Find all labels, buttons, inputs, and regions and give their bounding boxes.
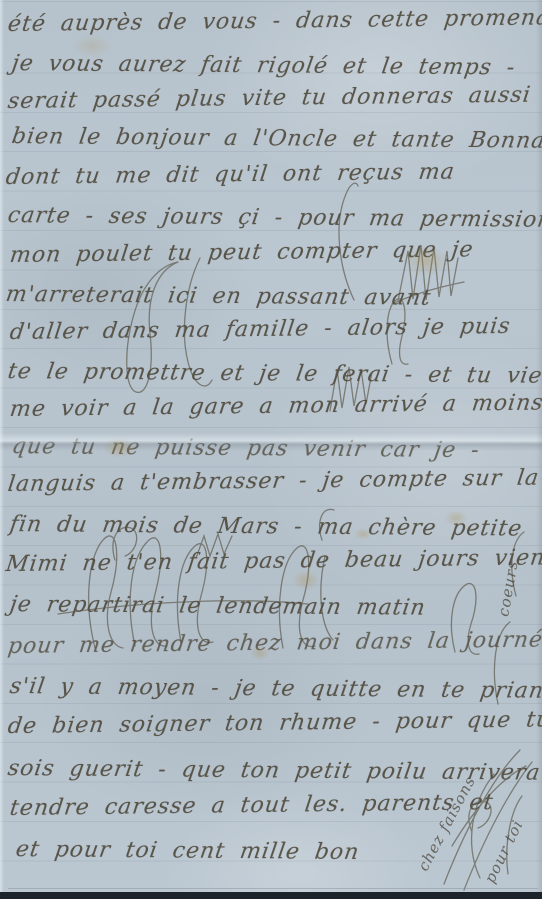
letter-line: été auprès de vous - dans cette promenad… — [6, 5, 542, 37]
letter-line: pour me rendre chez moi dans la journée — [6, 627, 542, 659]
letter-line: d'aller dans ma famille - alors je puis — [8, 314, 512, 345]
letter-line: je repartirai le lendemain matin — [8, 592, 427, 621]
scan-edge-left — [0, 0, 4, 899]
letter-line: s'il y a moyen - je te quitte en te pria… — [8, 674, 542, 704]
letter-line: que tu ne puisse pas venir car je - — [10, 434, 481, 463]
letter-line: de bien soigner ton rhume - pour que tu — [6, 707, 542, 739]
letter-line: fin du mois de Mars - ma chère petite — [8, 512, 524, 541]
letter-scan-page: été auprès de vous - dans cette promenad… — [0, 0, 542, 899]
letter-line: bien le bonjour a l'Oncle et tante Bonna… — [10, 124, 542, 154]
letter-line: languis a t'embrasser - je compte sur la — [6, 466, 540, 497]
paper-bottom-rule — [8, 888, 538, 889]
letter-line: te le promettre et je le ferai - et tu v… — [6, 359, 542, 389]
letter-line: dont tu me dit qu'il ont reçus ma — [4, 160, 456, 190]
scan-edge-bottom — [0, 892, 542, 899]
letter-line: m'arreterait ici en passant avant — [4, 282, 433, 311]
letter-line: me voir a la gare a mon arrivé a moins — [8, 390, 542, 422]
margin-note: chez faisons — [414, 773, 479, 874]
letter-line: serait passé plus vite tu donneras aussi — [6, 83, 532, 114]
letter-line: carte - ses jours çi - pour ma permissio… — [6, 203, 542, 233]
letter-line: et pour toi cent mille bon — [14, 837, 361, 865]
margin-note: pour toi — [481, 817, 527, 886]
letter-line: tendre caresse a tout les. parents et — [8, 790, 495, 821]
letter-line: je vous aurez fait rigolé et le temps - — [10, 51, 517, 80]
letter-line: mon poulet tu peut compter que je — [8, 237, 475, 268]
letter-line: Mimi ne t'en fait pas de beau jours vien… — [4, 545, 542, 577]
